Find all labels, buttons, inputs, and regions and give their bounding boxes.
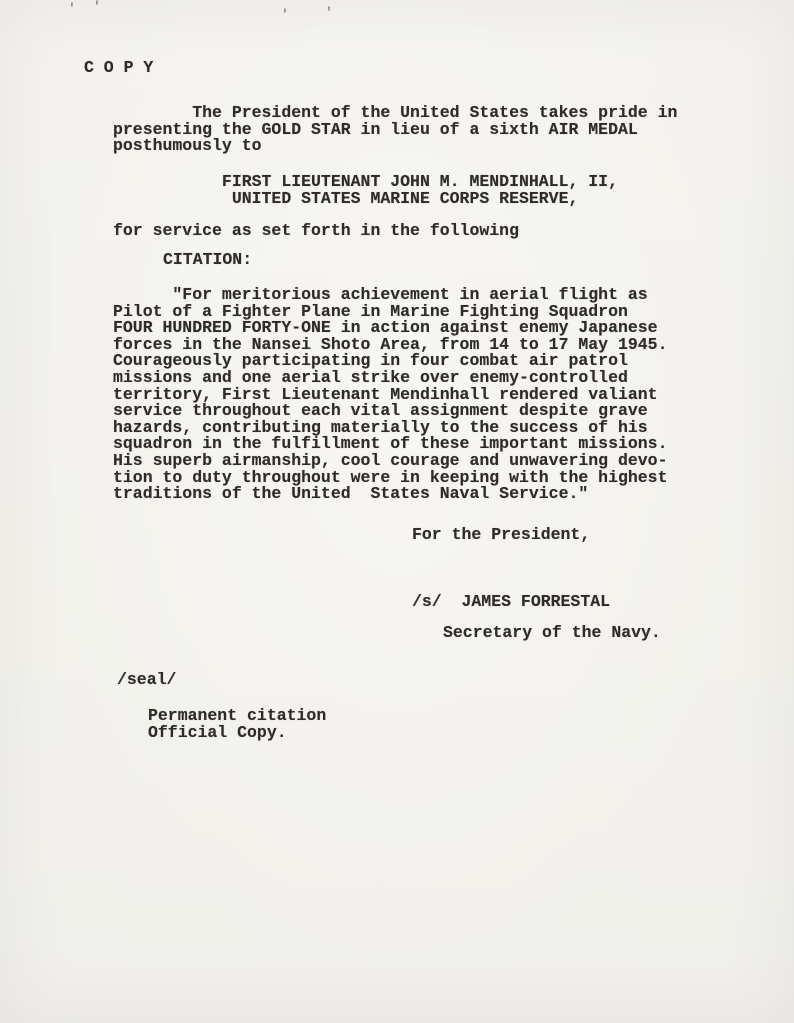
service-line: for service as set forth in the followin…: [113, 223, 519, 240]
footer-note-block: Permanent citation Official Copy.: [148, 708, 326, 741]
citation-body-paragraph: "For meritorious achievement in aerial f…: [113, 287, 668, 503]
signature-title-line: Secretary of the Navy.: [443, 625, 661, 642]
document-page: ' ' ' ' C O P Y The President of the Uni…: [0, 0, 794, 1023]
opening-paragraph: The President of the United States takes…: [113, 105, 677, 155]
stray-ink-mark: ': [93, 0, 101, 14]
copy-label: C O P Y: [84, 60, 153, 77]
stray-ink-mark: ': [281, 7, 289, 22]
recipient-name-block: FIRST LIEUTENANT JOHN M. MENDINHALL, II,…: [113, 174, 618, 207]
citation-heading: CITATION:: [163, 252, 252, 269]
stray-ink-mark: ': [68, 1, 76, 16]
for-the-president-line: For the President,: [412, 527, 590, 544]
signature-line: /s/ JAMES FORRESTAL: [412, 594, 610, 611]
seal-note: /seal/: [117, 672, 176, 689]
stray-ink-mark: ': [325, 5, 333, 20]
